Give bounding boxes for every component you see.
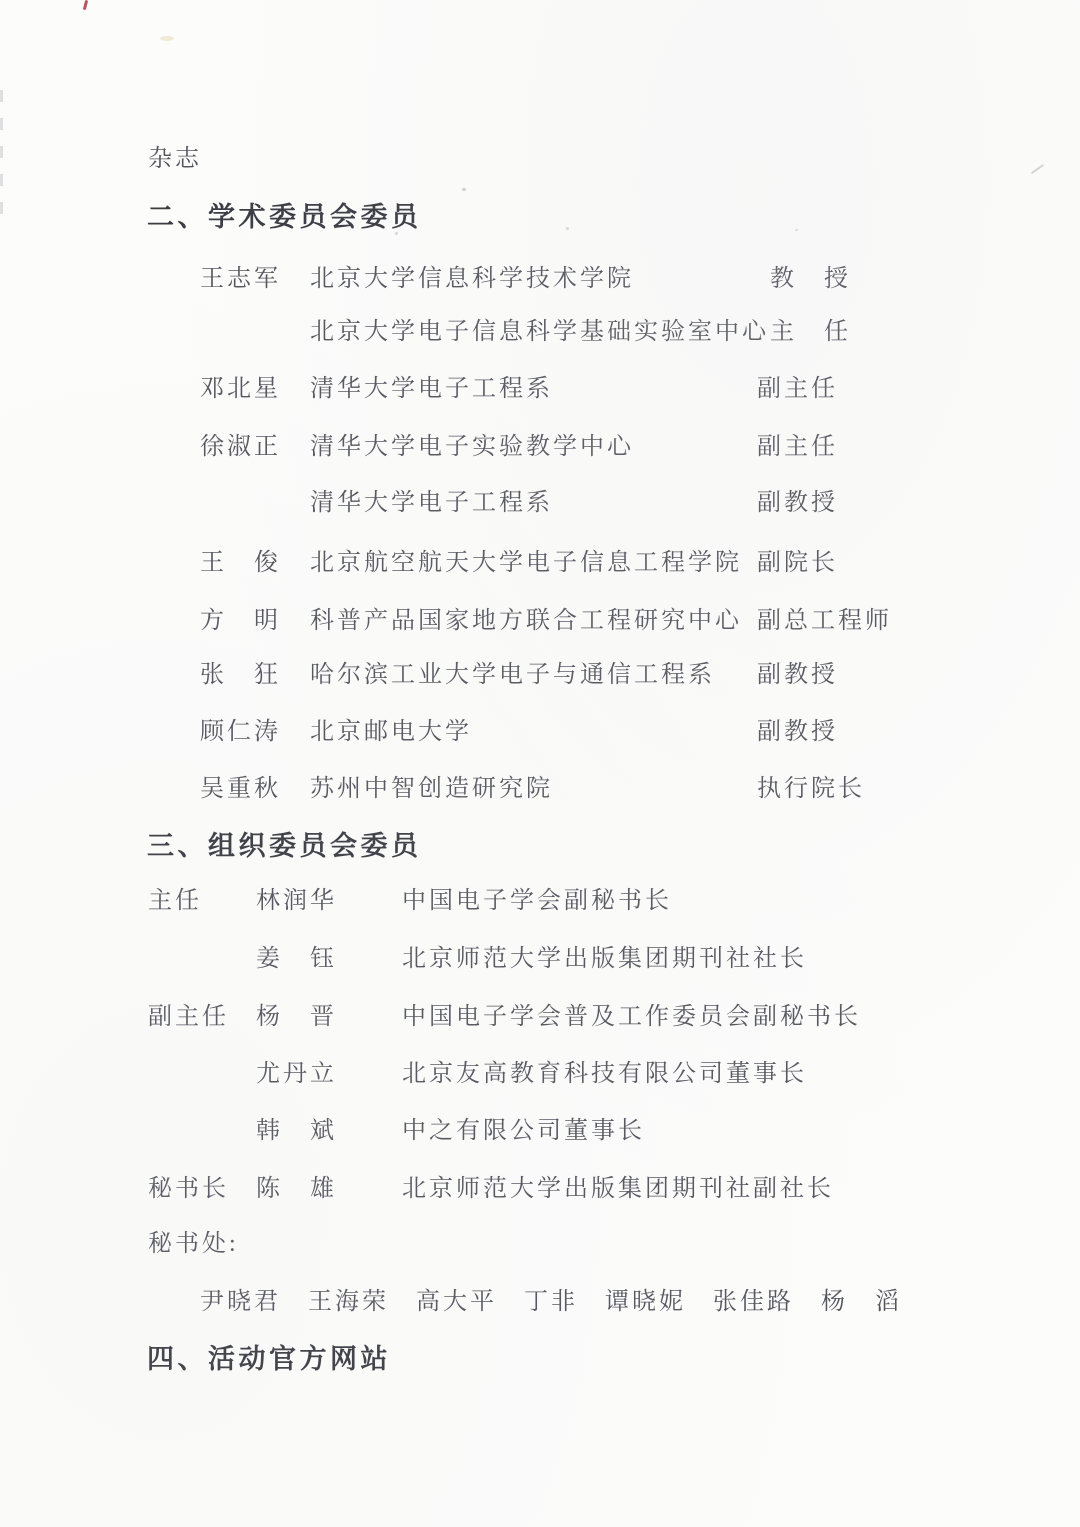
member-affiliation: 北京航空航天大学电子信息工程学院 [310, 548, 742, 578]
committee-row: 韩 斌 中之有限公司董事长 [0, 1116, 1080, 1148]
member-name: 林润华 [256, 886, 337, 916]
member-name: 张 狂 [200, 660, 281, 690]
scan-artifact-edge-marks [0, 90, 3, 220]
member-role: 主任 [148, 886, 202, 916]
committee-row: 顾仁涛 北京邮电大学 副教授 [0, 717, 1080, 749]
member-affiliation: 哈尔滨工业大学电子与通信工程系 [310, 660, 715, 690]
committee-row: 吴重秋 苏州中智创造研究院 执行院长 [0, 774, 1080, 806]
committee-row: 邓北星 清华大学电子工程系 副主任 [0, 374, 1080, 406]
member-role: 副主任 [148, 1002, 229, 1032]
member-name: 顾仁涛 [200, 717, 281, 747]
member-affiliation: 北京友高教育科技有限公司董事长 [402, 1059, 807, 1089]
member-title: 副教授 [757, 717, 838, 747]
committee-row: 北京大学电子信息科学基础实验室中心 主 任 [0, 317, 1080, 349]
member-name: 王志军 [200, 264, 281, 294]
member-title: 副院长 [757, 548, 838, 578]
committee-row: 尤丹立 北京友高教育科技有限公司董事长 [0, 1059, 1080, 1091]
committee-row: 王志军 北京大学信息科学技术学院 教 授 [0, 264, 1080, 296]
member-affiliation: 清华大学电子实验教学中心 [310, 432, 634, 462]
member-name: 姜 钰 [256, 944, 337, 974]
committee-row: 秘书长 陈 雄 北京师范大学出版集团期刊社副社长 [0, 1174, 1080, 1206]
member-affiliation: 清华大学电子工程系 [310, 374, 553, 404]
member-name: 徐淑正 [200, 432, 281, 462]
section-heading-official-website: 四、活动官方网站 [147, 1343, 391, 1375]
member-name: 王 俊 [200, 548, 281, 578]
member-name: 陈 雄 [256, 1174, 337, 1204]
member-title: 教 授 [770, 264, 851, 294]
section-heading-organizing-committee: 三、组织委员会委员 [147, 830, 422, 862]
secretariat-label: 秘书处: [148, 1229, 239, 1259]
scan-artifact-smudge [160, 36, 174, 41]
committee-row: 清华大学电子工程系 副教授 [0, 488, 1080, 520]
member-name: 邓北星 [200, 374, 281, 404]
member-affiliation: 北京大学信息科学技术学院 [310, 264, 634, 294]
member-name: 吴重秋 [200, 774, 281, 804]
scan-artifact-red-fiber [83, 0, 88, 10]
member-title: 副总工程师 [757, 606, 892, 636]
member-affiliation: 北京师范大学出版集团期刊社社长 [402, 944, 807, 974]
member-title: 副教授 [757, 488, 838, 518]
member-title: 副教授 [757, 660, 838, 690]
member-title: 主 任 [770, 317, 851, 347]
scan-artifact-dot [795, 229, 798, 231]
member-name: 杨 晋 [256, 1002, 337, 1032]
document-page: 杂志 二、学术委员会委员 王志军 北京大学信息科学技术学院 教 授 北京大学电子… [0, 0, 1080, 1527]
member-role: 秘书长 [148, 1174, 229, 1204]
committee-row: 徐淑正 清华大学电子实验教学中心 副主任 [0, 432, 1080, 464]
member-affiliation: 北京大学电子信息科学基础实验室中心 [310, 317, 769, 347]
member-title: 副主任 [757, 374, 838, 404]
committee-row: 方 明 科普产品国家地方联合工程研究中心 副总工程师 [0, 606, 1080, 638]
scan-artifact-dot [566, 227, 569, 230]
member-affiliation: 北京邮电大学 [310, 717, 472, 747]
committee-row: 主任 林润华 中国电子学会副秘书长 [0, 886, 1080, 918]
member-name: 方 明 [200, 606, 281, 636]
member-title: 副主任 [757, 432, 838, 462]
member-name: 尤丹立 [256, 1059, 337, 1089]
scan-artifact-scratch [1031, 164, 1044, 174]
member-affiliation: 北京师范大学出版集团期刊社副社长 [402, 1174, 834, 1204]
member-title: 执行院长 [757, 774, 865, 804]
text-fragment: 杂志 [148, 144, 202, 174]
committee-row: 王 俊 北京航空航天大学电子信息工程学院 副院长 [0, 548, 1080, 580]
committee-row: 副主任 杨 晋 中国电子学会普及工作委员会副秘书长 [0, 1002, 1080, 1034]
member-affiliation: 苏州中智创造研究院 [310, 774, 553, 804]
member-name: 韩 斌 [256, 1116, 337, 1146]
committee-row: 姜 钰 北京师范大学出版集团期刊社社长 [0, 944, 1080, 976]
secretariat-members: 尹晓君 王海荣 高大平 丁非 谭晓妮 张佳路 杨 滔 [200, 1287, 902, 1317]
scan-artifact-dot [462, 188, 466, 191]
member-affiliation: 清华大学电子工程系 [310, 488, 553, 518]
member-affiliation: 中之有限公司董事长 [402, 1116, 645, 1146]
committee-row: 张 狂 哈尔滨工业大学电子与通信工程系 副教授 [0, 660, 1080, 692]
member-affiliation: 中国电子学会副秘书长 [402, 886, 672, 916]
section-heading-academic-committee: 二、学术委员会委员 [147, 201, 422, 233]
member-affiliation: 科普产品国家地方联合工程研究中心 [310, 606, 742, 636]
member-affiliation: 中国电子学会普及工作委员会副秘书长 [402, 1002, 861, 1032]
